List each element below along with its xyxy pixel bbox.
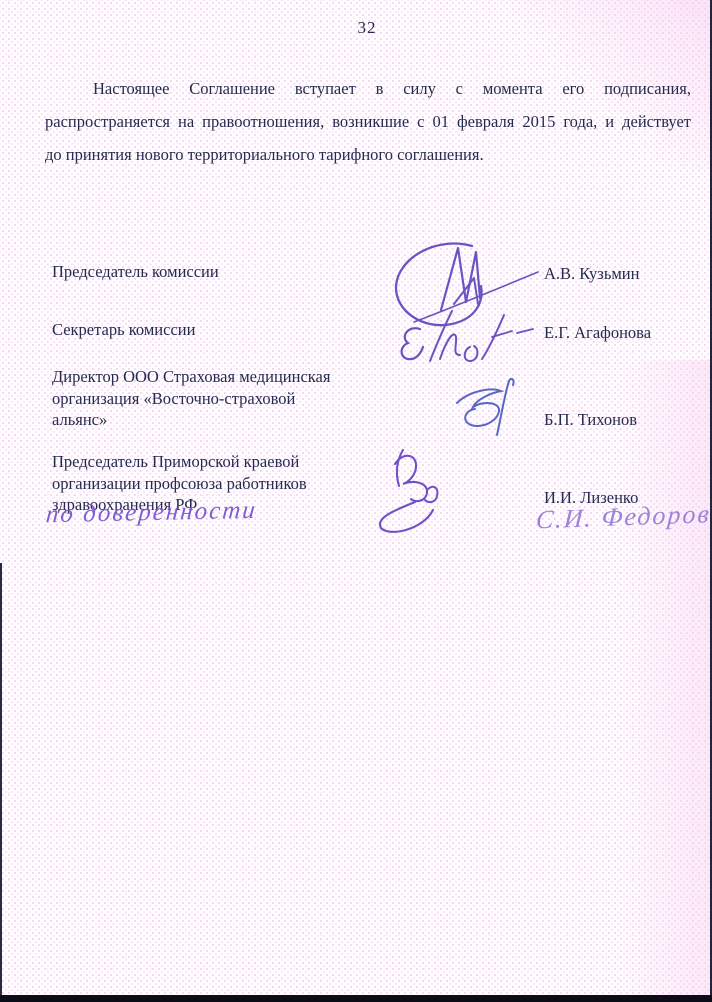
- scan-shading-right: [562, 360, 712, 1002]
- signatory-title-director: Директор ООО Страховая медицинская орган…: [52, 366, 392, 431]
- paragraph-line: Настоящее Соглашение вступает в силу с м…: [45, 72, 691, 105]
- agreement-paragraph: Настоящее Соглашение вступает в силу с м…: [45, 72, 691, 171]
- signatory-name-kuzmin: А.В. Кузьмин: [544, 264, 639, 284]
- signatory-name-agafonova: Е.Г. Агафонова: [544, 323, 651, 343]
- scan-edge-bottom: [0, 995, 712, 1002]
- handwritten-proxy-signer: С.И. Федорова: [535, 499, 712, 536]
- scan-edge-left: [0, 563, 2, 1002]
- paragraph-line: распространяется на правоотношения, возн…: [45, 105, 691, 138]
- signature-tikhonov: [447, 377, 519, 439]
- signatory-title-chairman: Председатель комиссии: [52, 261, 392, 283]
- signature-kuzmin: [386, 238, 544, 330]
- page-number: 32: [22, 18, 712, 38]
- signatory-name-tikhonov: Б.П. Тихонов: [544, 410, 637, 430]
- signature-agafonova: [396, 303, 534, 365]
- signatory-title-secretary: Секретарь комиссии: [52, 319, 392, 341]
- document-page: 32 Настоящее Соглашение вступает в силу …: [0, 0, 712, 1002]
- handwritten-proxy-note: по доверенности: [45, 497, 258, 529]
- paragraph-line: до принятия нового территориального тари…: [45, 138, 691, 171]
